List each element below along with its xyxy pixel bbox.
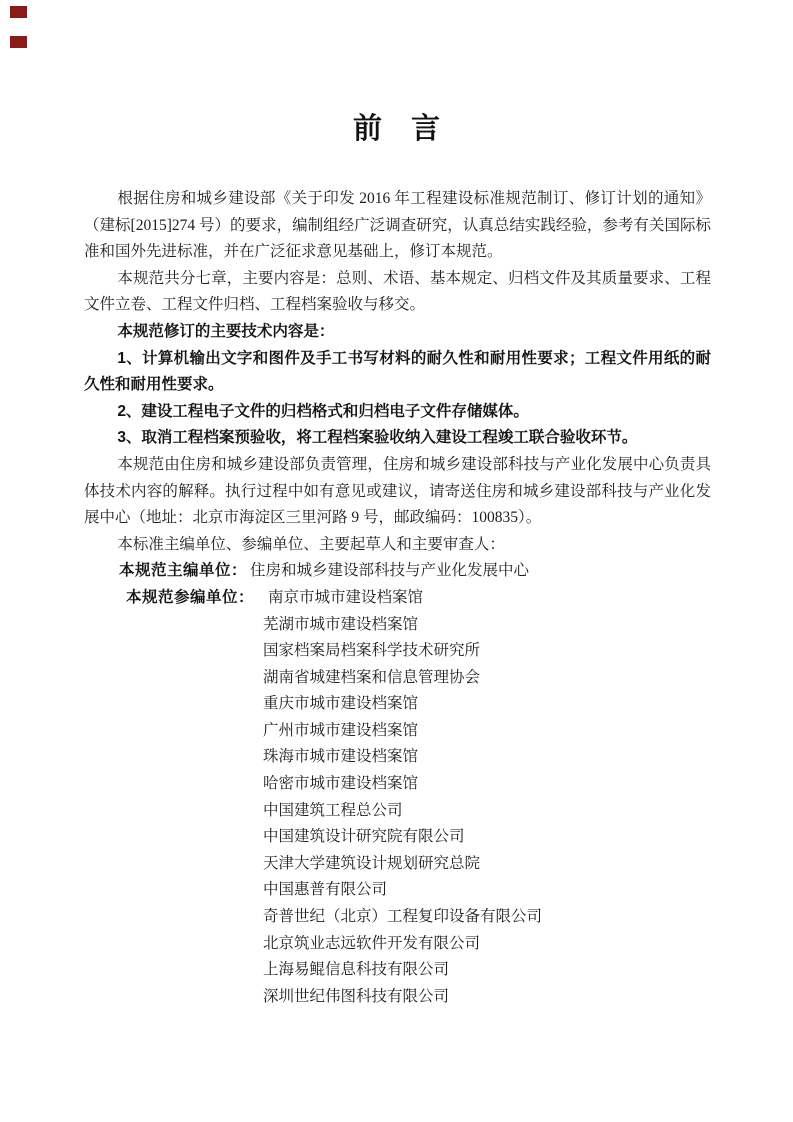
paragraph-revision-heading: 本规范修订的主要技术内容是： (84, 319, 711, 346)
paragraph-units-intro: 本标准主编单位、参编单位、主要起草人和主要审查人： (84, 532, 711, 559)
participant-item: 珠海市城市建设档案馆 (263, 744, 711, 771)
participant-item: 中国建筑设计研究院有限公司 (263, 824, 711, 851)
participant-item: 芜湖市城市建设档案馆 (263, 612, 711, 639)
participant-item: 广州市城市建设档案馆 (263, 718, 711, 745)
participants-row: 本规范参编单位：南京市城市建设档案馆 (126, 585, 711, 612)
participant-item: 北京筑业志远软件开发有限公司 (263, 931, 711, 958)
revision-item-3: 3、取消工程档案预验收，将工程档案验收纳入建设工程竣工联合验收环节。 (84, 425, 711, 452)
document-body: 根据住房和城乡建设部《关于印发 2016 年工程建设标准规范制订、修订计划的通知… (84, 186, 711, 1010)
document-page: 前 言 根据住房和城乡建设部《关于印发 2016 年工程建设标准规范制订、修订计… (0, 0, 793, 1122)
participant-item: 上海易鲲信息科技有限公司 (263, 957, 711, 984)
chief-editor-row: 本规范主编单位：住房和城乡建设部科技与产业化发展中心 (119, 558, 711, 585)
participant-item: 中国惠普有限公司 (263, 877, 711, 904)
participant-item: 天津大学建筑设计规划研究总院 (263, 851, 711, 878)
participant-item: 国家档案局档案科学技术研究所 (263, 638, 711, 665)
participant-item: 深圳世纪伟图科技有限公司 (263, 984, 711, 1011)
participant-item: 中国建筑工程总公司 (263, 798, 711, 825)
red-stamp-mark-icon (10, 6, 27, 18)
paragraph-management: 本规范由住房和城乡建设部负责管理，住房和城乡建设部科技与产业化发展中心负责具体技… (84, 452, 711, 532)
paragraph-basis: 根据住房和城乡建设部《关于印发 2016 年工程建设标准规范制订、修订计划的通知… (84, 186, 711, 266)
participants-label: 本规范参编单位： (126, 589, 254, 606)
participants-list: 芜湖市城市建设档案馆国家档案局档案科学技术研究所湖南省城建档案和信息管理协会重庆… (263, 612, 711, 1011)
participant-item: 哈密市城市建设档案馆 (263, 771, 711, 798)
participant-item: 南京市城市建设档案馆 (254, 589, 423, 606)
revision-item-2: 2、建设工程电子文件的归档格式和归档电子文件存储媒体。 (84, 399, 711, 426)
red-stamp-mark-icon (10, 36, 27, 48)
participant-item: 重庆市城市建设档案馆 (263, 691, 711, 718)
participant-item: 湖南省城建档案和信息管理协会 (263, 665, 711, 692)
page-title: 前 言 (0, 0, 793, 146)
participant-item: 奇普世纪（北京）工程复印设备有限公司 (263, 904, 711, 931)
paragraph-contents: 本规范共分七章，主要内容是：总则、术语、基本规定、归档文件及其质量要求、工程文件… (84, 266, 711, 319)
chief-editor-label: 本规范主编单位： (119, 562, 247, 579)
revision-item-1: 1、计算机输出文字和图件及手工书写材料的耐久性和耐用性要求；工程文件用纸的耐久性… (84, 346, 711, 399)
chief-editor-value: 住房和城乡建设部科技与产业化发展中心 (247, 562, 529, 579)
